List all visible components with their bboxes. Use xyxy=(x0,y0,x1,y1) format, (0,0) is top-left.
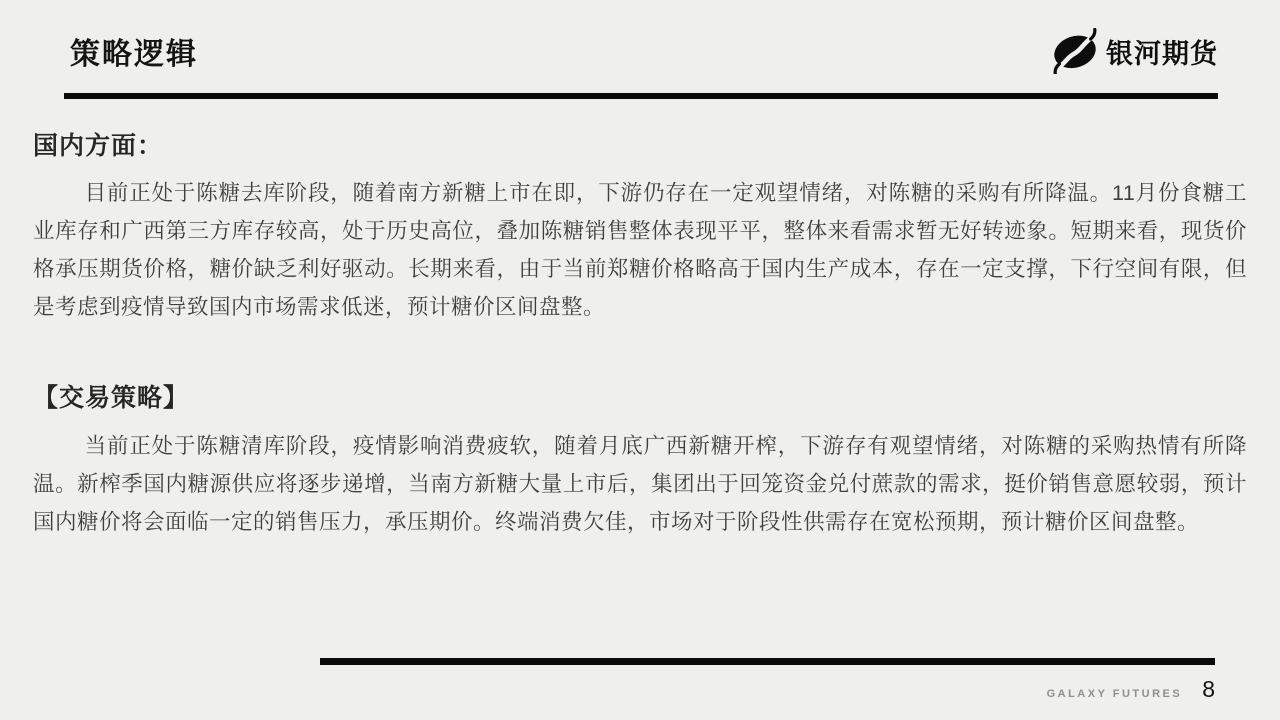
section-trading-strategy-body: 当前正处于陈糖清库阶段，疫情影响消费疲软，随着月底广西新糖开榨，下游存有观望情绪… xyxy=(33,427,1247,541)
footer-meta: GALAXY FUTURES 8 xyxy=(1047,676,1215,703)
page-number: 8 xyxy=(1202,676,1215,703)
page-title: 策略逻辑 xyxy=(70,29,198,73)
title-divider xyxy=(64,93,1218,99)
section-trading-strategy-heading: 【交易策略】 xyxy=(33,378,189,414)
footer-divider xyxy=(320,658,1215,665)
footer-brand: GALAXY FUTURES xyxy=(1047,688,1183,700)
brand-logo-text: 银河期货 xyxy=(1106,32,1218,71)
slide-header: 策略逻辑 银河期货 xyxy=(70,28,1218,74)
galaxy-swirl-icon xyxy=(1052,28,1098,74)
brand-logo: 银河期货 xyxy=(1052,28,1218,74)
section-domestic-heading: 国内方面： xyxy=(33,126,163,162)
section-domestic-body: 目前正处于陈糖去库阶段，随着南方新糖上市在即，下游仍存在一定观望情绪，对陈糖的采… xyxy=(33,174,1247,326)
presentation-slide: 策略逻辑 银河期货 国内方面： 目前正处于陈糖去库阶段，随着南方新糖上市在即，下… xyxy=(0,0,1280,720)
